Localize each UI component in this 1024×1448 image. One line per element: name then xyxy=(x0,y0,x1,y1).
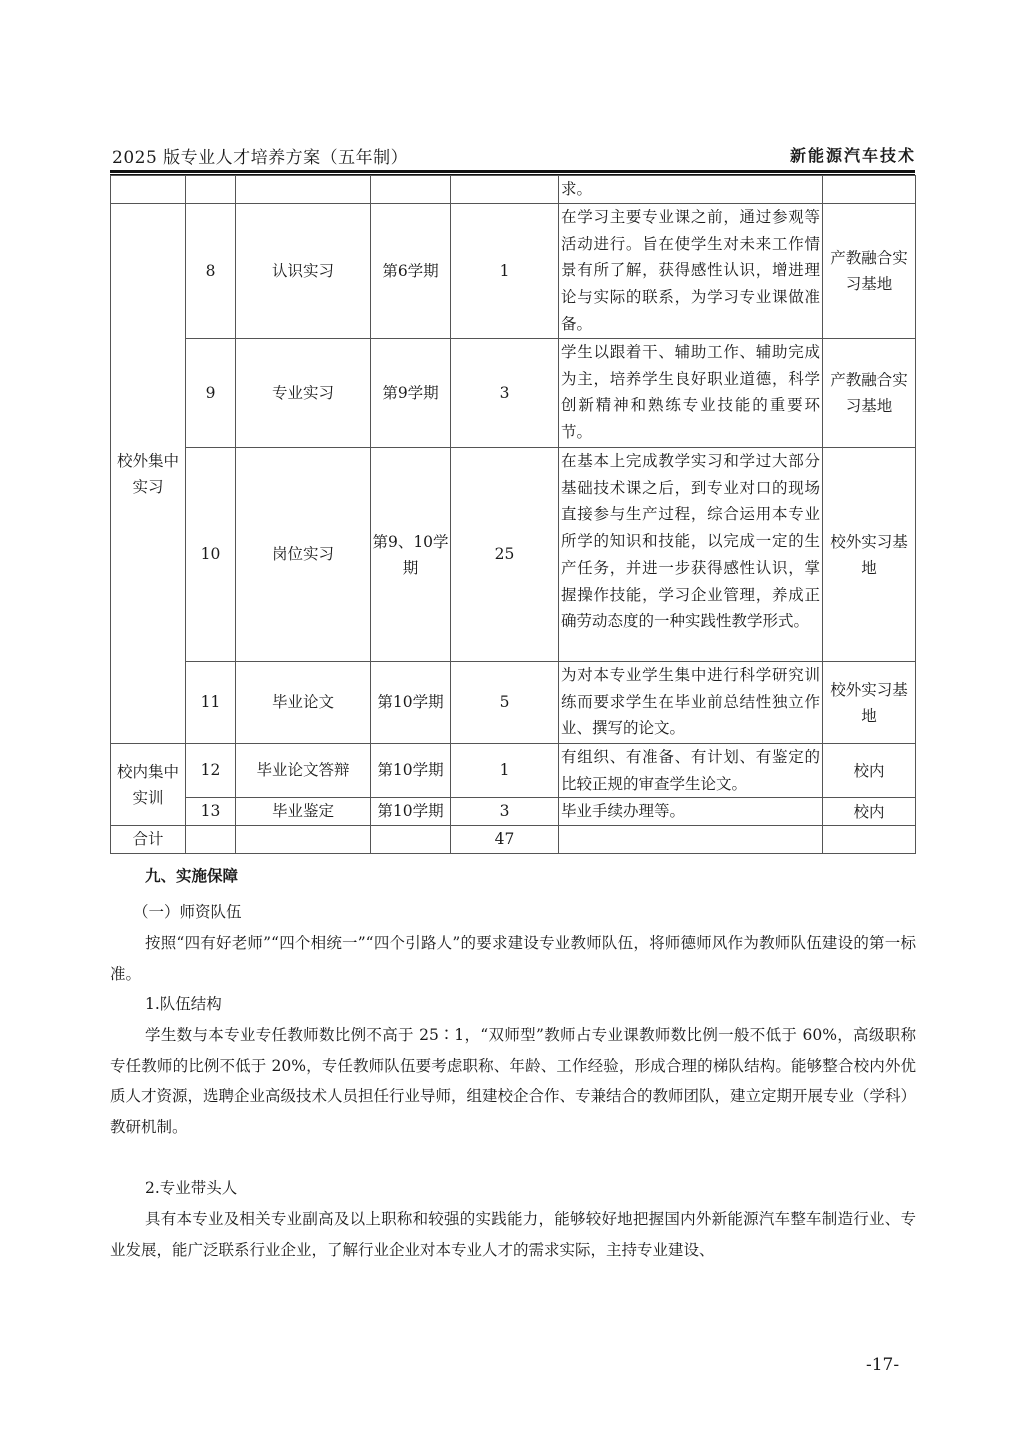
cell-no: 9 xyxy=(186,339,236,448)
header-major-name: 新能源汽车技术 xyxy=(790,143,916,166)
table-row-total: 合计 47 xyxy=(111,826,916,854)
cell-location: 产教融合实习基地 xyxy=(823,339,916,448)
practice-schedule-table: 求。 校外集中实习 8 认识实习 第6学期 1 在学习主要专业课之前，通过参观等… xyxy=(110,175,916,854)
cell-location: 校外实习基地 xyxy=(823,448,916,662)
cell-weeks: 1 xyxy=(451,204,559,339)
subsection-heading: （一）师资队伍 xyxy=(133,897,913,928)
cell-term: 第9、10学期 xyxy=(371,448,451,662)
cell-term: 第10学期 xyxy=(371,744,451,798)
cell-location: 校外实习基地 xyxy=(823,662,916,744)
cell-no: 11 xyxy=(186,662,236,744)
cell-description: 毕业手续办理等。 xyxy=(559,798,823,826)
header-rule-thick xyxy=(110,170,915,173)
table-row: 校内集中实训 12 毕业论文答辩 第10学期 1 有组织、有准备、有计划、有鉴定… xyxy=(111,744,916,798)
item1-paragraph: 学生数与本专业专任教师数比例不高于 25∶1，“双师型”教师占专业课教师数比例一… xyxy=(110,1020,916,1142)
cell-weeks: 3 xyxy=(451,798,559,826)
header-document-title: 2025 版专业人才培养方案（五年制） xyxy=(112,143,408,168)
cell-weeks: 5 xyxy=(451,662,559,744)
cell-location: 产教融合实习基地 xyxy=(823,204,916,339)
cell-term: 第6学期 xyxy=(371,204,451,339)
cell-weeks: 3 xyxy=(451,339,559,448)
cell-no: 13 xyxy=(186,798,236,826)
cell-term: 第10学期 xyxy=(371,662,451,744)
item1-heading: 1.队伍结构 xyxy=(145,989,915,1020)
cell-weeks: 1 xyxy=(451,744,559,798)
cell-description: 为对本专业学生集中进行科学研究训练而要求学生在毕业前总结性独立作业、撰写的论文。 xyxy=(559,662,823,744)
cell-description: 在学习主要专业课之前，通过参观等活动进行。旨在使学生对未来工作情景有所了解，获得… xyxy=(559,204,823,339)
cell-name: 毕业鉴定 xyxy=(236,798,371,826)
cell-location: 校内 xyxy=(823,744,916,798)
cell-group-label: 校内集中实训 xyxy=(111,744,186,826)
cell-no: 12 xyxy=(186,744,236,798)
cell-name: 专业实习 xyxy=(236,339,371,448)
cell-name: 岗位实习 xyxy=(236,448,371,662)
item2-heading: 2.专业带头人 xyxy=(145,1173,915,1204)
cell-term: 第10学期 xyxy=(371,798,451,826)
intro-paragraph: 按照“四有好老师”“四个相统一”“四个引路人”的要求建设专业教师队伍，将师德师风… xyxy=(110,928,916,989)
cell-description: 在基本上完成教学实习和学过大部分基础技术课之后，到专业对口的现场直接参与生产过程… xyxy=(559,448,823,662)
cell-description: 学生以跟着干、辅助工作、辅助完成为主，培养学生良好职业道德，科学创新精神和熟练专… xyxy=(559,339,823,448)
cell-weeks: 25 xyxy=(451,448,559,662)
section-title: 九、实施保障 xyxy=(145,864,238,886)
table-row: 9 专业实习 第9学期 3 学生以跟着干、辅助工作、辅助完成为主，培养学生良好职… xyxy=(111,339,916,448)
cell-description: 求。 xyxy=(559,176,823,204)
cell-no: 10 xyxy=(186,448,236,662)
cell-term: 第9学期 xyxy=(371,339,451,448)
page-header: 2025 版专业人才培养方案（五年制） 新能源汽车技术 xyxy=(112,143,916,171)
table-row: 校外集中实习 8 认识实习 第6学期 1 在学习主要专业课之前，通过参观等活动进… xyxy=(111,204,916,339)
cell-group-label: 校外集中实习 xyxy=(111,204,186,744)
cell-name: 毕业论文答辩 xyxy=(236,744,371,798)
cell-total-label: 合计 xyxy=(111,826,186,854)
cell-name: 毕业论文 xyxy=(236,662,371,744)
table-row: 13 毕业鉴定 第10学期 3 毕业手续办理等。 校内 xyxy=(111,798,916,826)
table-row: 11 毕业论文 第10学期 5 为对本专业学生集中进行科学研究训练而要求学生在毕… xyxy=(111,662,916,744)
cell-location: 校内 xyxy=(823,798,916,826)
cell-name: 认识实习 xyxy=(236,204,371,339)
table-row-continuation: 求。 xyxy=(111,176,916,204)
table-row: 10 岗位实习 第9、10学期 25 在基本上完成教学实习和学过大部分基础技术课… xyxy=(111,448,916,662)
cell-description: 有组织、有准备、有计划、有鉴定的比较正规的审查学生论文。 xyxy=(559,744,823,798)
item2-paragraph: 具有本专业及相关专业副高及以上职称和较强的实践能力，能够较好地把握国内外新能源汽… xyxy=(110,1204,916,1265)
cell-total-weeks: 47 xyxy=(451,826,559,854)
page-number: -17- xyxy=(866,1355,899,1375)
cell-no: 8 xyxy=(186,204,236,339)
